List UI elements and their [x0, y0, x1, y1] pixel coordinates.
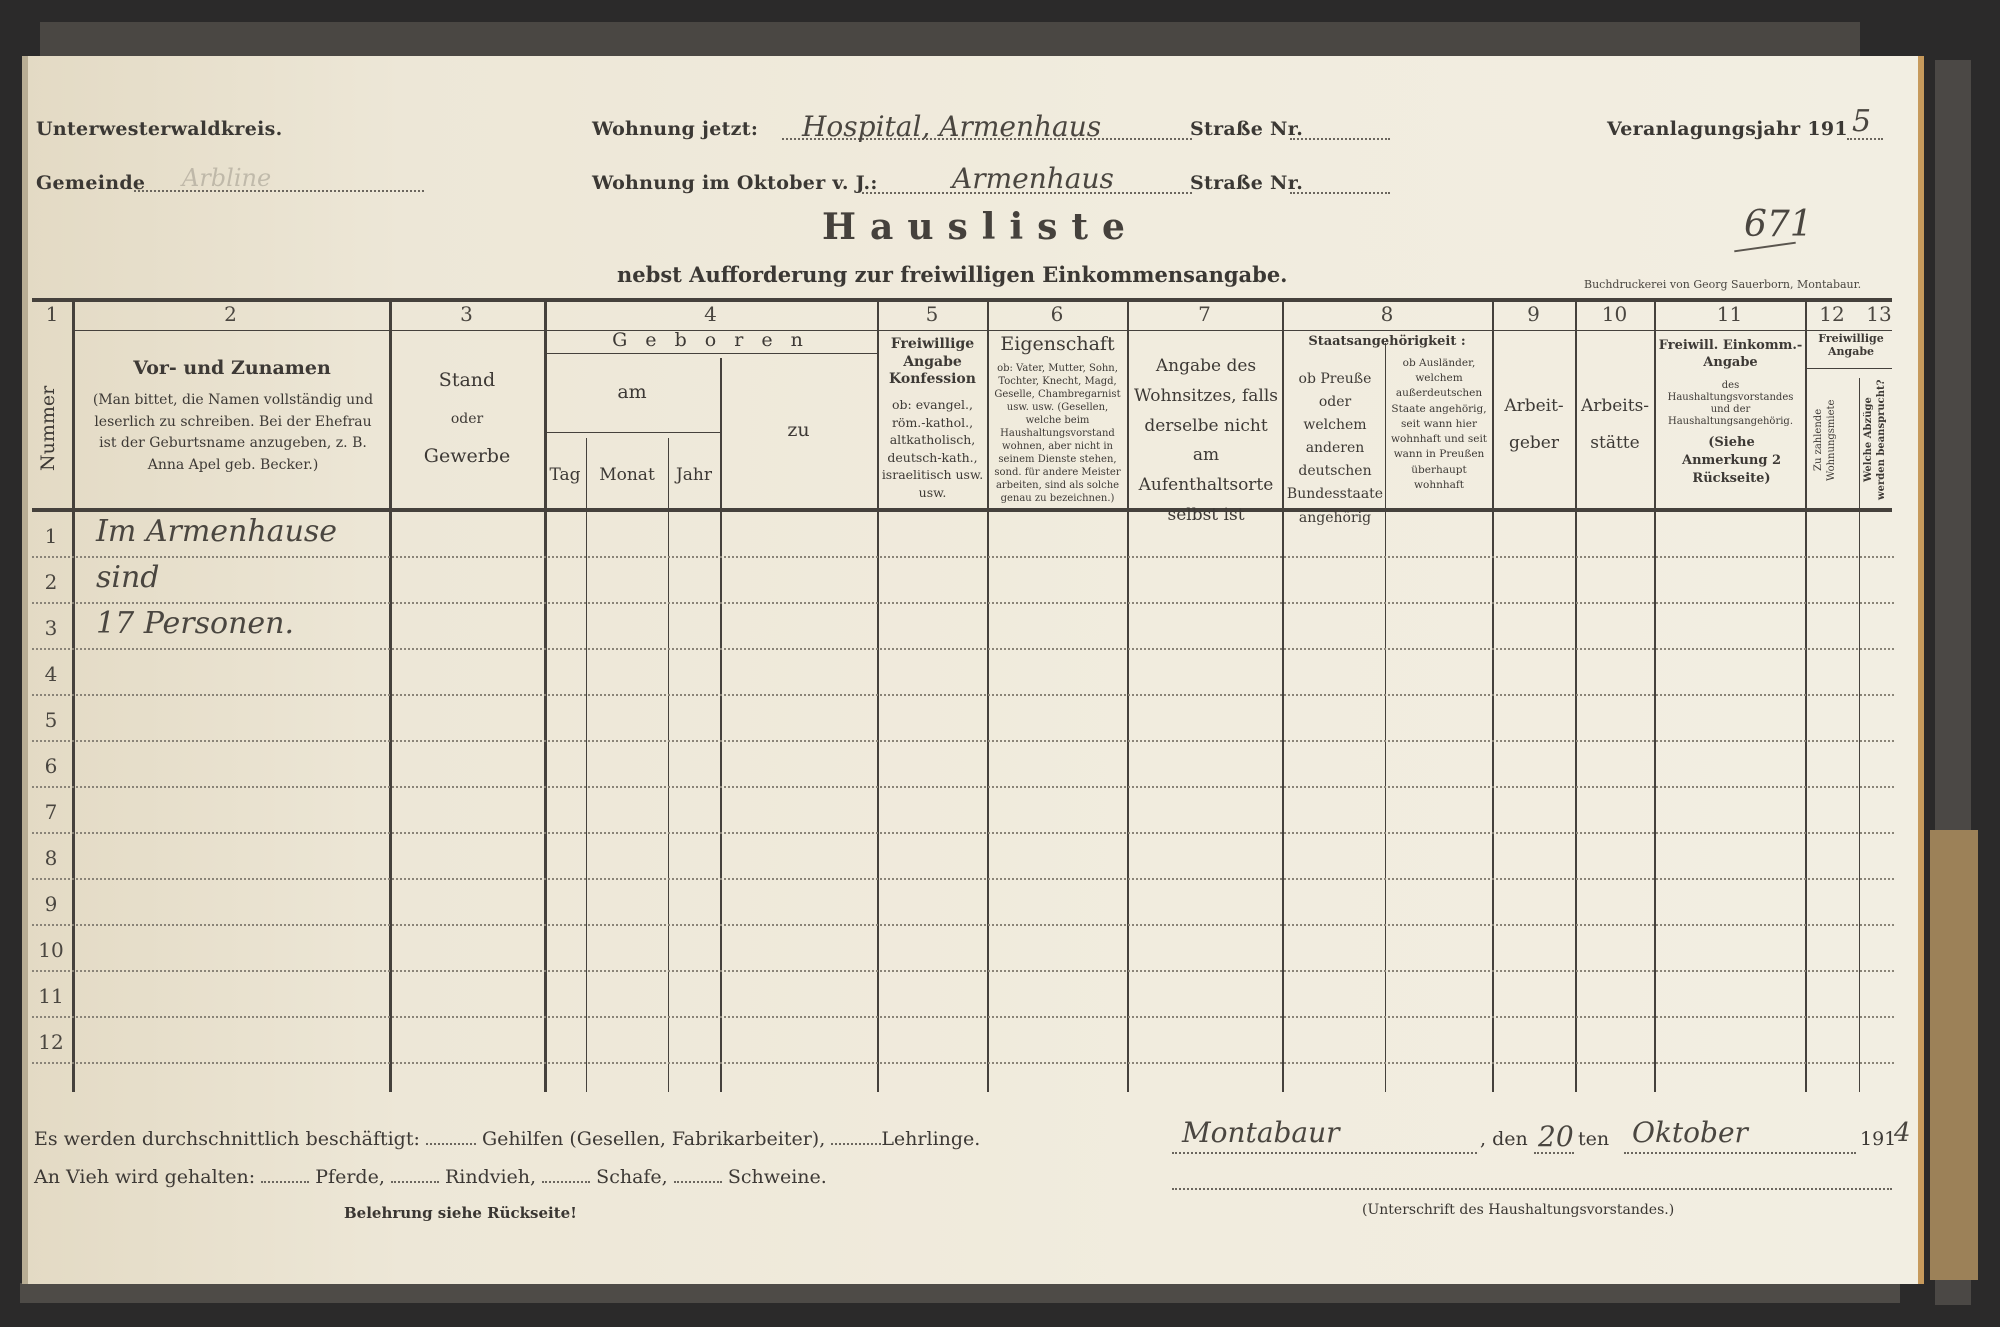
schafe-label: Schafe, — [596, 1166, 668, 1188]
col-num-2: 2 — [72, 302, 389, 326]
employees-line: Es werden durchschnittlich beschäftigt: … — [34, 1128, 980, 1150]
row-number: 5 — [36, 708, 66, 732]
row-number: 3 — [36, 616, 66, 640]
year-prefix: 191 — [1860, 1128, 1896, 1150]
header-einkommen-ref: (Siehe Anmerkung 2 Rückseite) — [1664, 434, 1799, 489]
col-num-7: 7 — [1127, 302, 1282, 326]
strasse-field-1[interactable] — [1290, 138, 1390, 140]
month-value: Oktober — [1632, 1116, 1748, 1149]
header-einkommen-title: Freiwill. Einkomm.-Angabe — [1658, 338, 1803, 372]
konfession-line-3: Konfession — [880, 371, 985, 389]
header-freiwillige-angabe: Freiwillige Angabe — [1807, 332, 1895, 358]
header-konfession-title: Freiwillige Angabe Konfession — [880, 336, 985, 389]
den-label: , den — [1480, 1128, 1528, 1150]
row-number: 12 — [36, 1030, 66, 1054]
col-num-13: 13 — [1859, 302, 1899, 326]
book-binding-bottom — [20, 1283, 1900, 1303]
header-staat-preusse: ob Preuße oder welchem anderen deutschen… — [1286, 368, 1384, 530]
col-num-4: 4 — [544, 302, 877, 326]
row-number: 9 — [36, 892, 66, 916]
header-geboren: G e b o r e n — [544, 328, 877, 353]
header-stand: Stand — [392, 368, 542, 393]
schafe-count-field[interactable] — [542, 1181, 590, 1183]
table-row-name[interactable]: sind — [96, 560, 160, 595]
pferde-label: Pferde, — [315, 1166, 385, 1188]
ten-label: ten — [1578, 1128, 1609, 1150]
header-name-title: Vor- und Zunamen — [82, 356, 382, 381]
district-label: Unterwesterwaldkreis. — [36, 118, 283, 140]
schweine-label: Schweine. — [728, 1166, 827, 1188]
col-num-6: 6 — [987, 302, 1127, 326]
col-num-9: 9 — [1492, 302, 1575, 326]
signature-label: (Unterschrift des Haushaltungsvorstandes… — [1362, 1202, 1674, 1218]
col-num-10: 10 — [1575, 302, 1654, 326]
rindvieh-count-field[interactable] — [391, 1181, 439, 1183]
signature-field[interactable] — [1172, 1188, 1892, 1190]
month-field[interactable] — [1624, 1152, 1856, 1154]
header-abzuege: Welche Abzüge werden beansprucht? — [1862, 376, 1894, 504]
header-eigenschaft-title: Eigenschaft — [990, 332, 1125, 357]
header-zu: zu — [720, 418, 877, 443]
header-konfession-note: ob: evangel., röm.-kathol., altkatholisc… — [880, 396, 985, 501]
col-num-12: 12 — [1805, 302, 1859, 326]
place-value: Montabaur — [1182, 1116, 1340, 1149]
header-wohnsitz: Angabe des Wohnsitzes, falls derselbe ni… — [1132, 352, 1280, 531]
year-digit: 4 — [1894, 1118, 1911, 1148]
wohnung-oktober-label: Wohnung im Oktober v. J.: — [592, 172, 878, 194]
header-am: am — [544, 380, 720, 405]
header-eigenschaft-note: ob: Vater, Mutter, Sohn, Tochter, Knecht… — [990, 362, 1125, 505]
day-value: 20 — [1538, 1120, 1574, 1153]
livestock-line: An Vieh wird gehalten: Pferde, Rindvieh,… — [34, 1166, 827, 1188]
form-title: Hausliste — [822, 206, 1139, 248]
form-subtitle: nebst Aufforderung zur freiwilligen Eink… — [617, 262, 1288, 287]
header-oder: oder — [392, 410, 542, 428]
col-num-11: 11 — [1654, 302, 1805, 326]
register-number: 671 — [1744, 204, 1813, 245]
row-number: 6 — [36, 754, 66, 778]
strasse-label-2: Straße Nr. — [1190, 172, 1303, 194]
konfession-line-2: Angabe — [880, 354, 985, 372]
header-einkommen-note: des Haushaltungsvorstandes und der Haush… — [1658, 380, 1803, 428]
veranlagungsjahr-value: 5 — [1852, 104, 1871, 139]
household-table: 1 2 3 4 5 6 7 8 9 10 11 12 13 Nummer Vor… — [32, 298, 1894, 1096]
wohnung-jetzt-label: Wohnung jetzt: — [592, 118, 758, 140]
lehrlinge-label: Lehrlinge. — [881, 1128, 980, 1150]
header-jahr: Jahr — [668, 464, 720, 486]
printer-imprint: Buchdruckerei von Georg Sauerborn, Monta… — [1584, 278, 1861, 291]
repair-tape — [1930, 830, 1978, 1280]
belehrung-note: Belehrung siehe Rückseite! — [344, 1204, 577, 1222]
header-arbeitsstaette: Arbeits- stätte — [1577, 388, 1653, 463]
header-monat: Monat — [586, 464, 668, 486]
book-binding-top — [40, 22, 1860, 60]
lehrlinge-count-field[interactable] — [831, 1143, 881, 1145]
strasse-label-1: Straße Nr. — [1190, 118, 1303, 140]
header-gewerbe: Gewerbe — [392, 444, 542, 469]
header-nummer: Nummer — [36, 358, 70, 498]
row-number: 2 — [36, 570, 66, 594]
col-num-5: 5 — [877, 302, 987, 326]
rindvieh-label: Rindvieh, — [445, 1166, 536, 1188]
schweine-count-field[interactable] — [674, 1181, 722, 1183]
row-number: 8 — [36, 846, 66, 870]
wohnung-jetzt-value: Hospital, Armenhaus — [802, 110, 1101, 143]
table-row-name[interactable]: 17 Personen. — [96, 606, 294, 641]
row-number: 1 — [36, 524, 66, 548]
wohnung-oktober-value: Armenhaus — [952, 162, 1114, 195]
konfession-line-1: Freiwillige — [880, 336, 985, 354]
header-name-note: (Man bittet, die Namen vollständig und l… — [84, 390, 382, 477]
gehilfen-count-field[interactable] — [426, 1143, 476, 1145]
gemeinde-label: Gemeinde — [36, 172, 145, 194]
col-num-8: 8 — [1282, 302, 1492, 326]
gehilfen-label: Gehilfen (Gesellen, Fabrikarbeiter), — [482, 1128, 825, 1150]
table-row-name[interactable]: Im Armenhause — [96, 514, 337, 549]
header-staat-auslaender: ob Ausländer, welchem außerdeutschen Sta… — [1388, 356, 1490, 493]
row-number: 7 — [36, 800, 66, 824]
strasse-field-2[interactable] — [1290, 192, 1390, 194]
col-num-1: 1 — [32, 302, 72, 326]
header-tag: Tag — [544, 464, 586, 486]
gemeinde-field[interactable] — [134, 190, 424, 192]
header-staat-title: Staatsangehörigkeit : — [1284, 334, 1490, 351]
pferde-count-field[interactable] — [261, 1181, 309, 1183]
header-arbeitgeber: Arbeit- geber — [1494, 388, 1574, 463]
row-number: 11 — [36, 984, 66, 1008]
form-page: Unterwesterwaldkreis. Gemeinde Arbline W… — [22, 56, 1924, 1284]
livestock-label: An Vieh wird gehalten: — [34, 1166, 255, 1188]
col-num-3: 3 — [389, 302, 544, 326]
header-miete: Zu zahlende Wohnungsmiete — [1812, 376, 1856, 504]
place-field[interactable] — [1172, 1152, 1477, 1154]
gemeinde-value: Arbline — [182, 164, 271, 192]
row-number: 4 — [36, 662, 66, 686]
veranlagungsjahr-label: Veranlagungsjahr 191 — [1607, 118, 1848, 140]
row-number: 10 — [36, 938, 66, 962]
employees-label: Es werden durchschnittlich beschäftigt: — [34, 1128, 420, 1150]
